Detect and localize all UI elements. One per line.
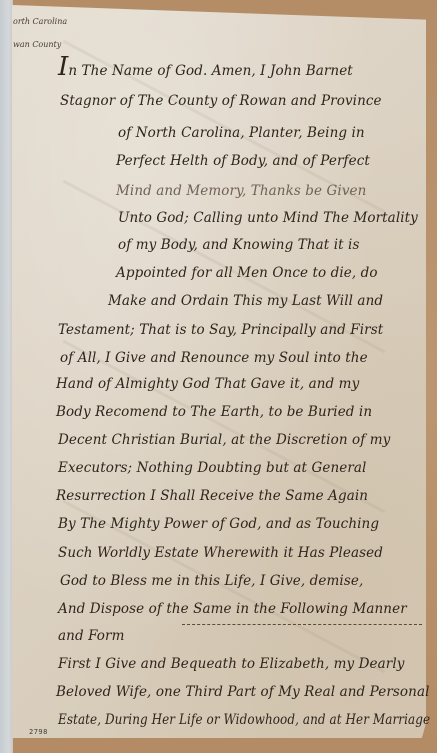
left-backing-strip xyxy=(0,0,13,753)
line-filler-dashes xyxy=(182,624,422,625)
document-line-20: And Dispose of the Same in the Following… xyxy=(58,601,407,617)
document-line-9: Make and Ordain This my Last Will and xyxy=(108,293,383,309)
document-line-5: Mind and Memory, Thanks be Given xyxy=(116,183,366,199)
document-line-3: of North Carolina, Planter, Being in xyxy=(118,125,365,141)
document-line-21: and Form xyxy=(58,628,125,644)
decorative-initial: I xyxy=(58,52,68,82)
document-line-23: Beloved Wife, one Third Part of My Real … xyxy=(56,684,430,700)
document-line-1: In The Name of God. Amen, I John Barnet xyxy=(58,54,353,80)
document-line-8: Appointed for all Men Once to die, do xyxy=(116,265,378,281)
document-line-19: God to Bless me in this Life, I Give, de… xyxy=(60,573,363,589)
document-line-15: Executors; Nothing Doubting but at Gener… xyxy=(58,460,366,476)
document-line-18: Such Worldly Estate Wherewith it Has Ple… xyxy=(58,545,383,561)
document-line-17: By The Mighty Power of God, and as Touch… xyxy=(58,516,379,532)
document-line-16: Resurrection I Shall Receive the Same Ag… xyxy=(56,488,368,504)
document-line-10: Testament; That is to Say, Principally a… xyxy=(58,322,383,338)
document-line-7: of my Body, and Knowing That it is xyxy=(118,237,359,253)
archive-number: 2798 xyxy=(29,728,48,736)
document-line-6: Unto God; Calling unto Mind The Mortalit… xyxy=(118,210,418,226)
document-line-12: Hand of Almighty God That Gave it, and m… xyxy=(56,376,359,392)
document-line-4: Perfect Helth of Body, and of Perfect xyxy=(116,153,370,169)
document-line-14: Decent Christian Burial, at the Discreti… xyxy=(58,432,390,448)
document-line-24: Estate, During Her Life or Widowhood, an… xyxy=(58,712,430,728)
margin-note-county: wan County xyxy=(13,40,61,49)
document-line-13: Body Recomend to The Earth, to be Buried… xyxy=(56,404,372,420)
margin-note-state: orth Carolina xyxy=(13,17,67,26)
document-line-2: Stagnor of The County of Rowan and Provi… xyxy=(60,93,382,109)
document-line-11: of All, I Give and Renounce my Soul into… xyxy=(60,350,368,366)
document-line-22: First I Give and Bequeath to Elizabeth, … xyxy=(58,656,405,672)
